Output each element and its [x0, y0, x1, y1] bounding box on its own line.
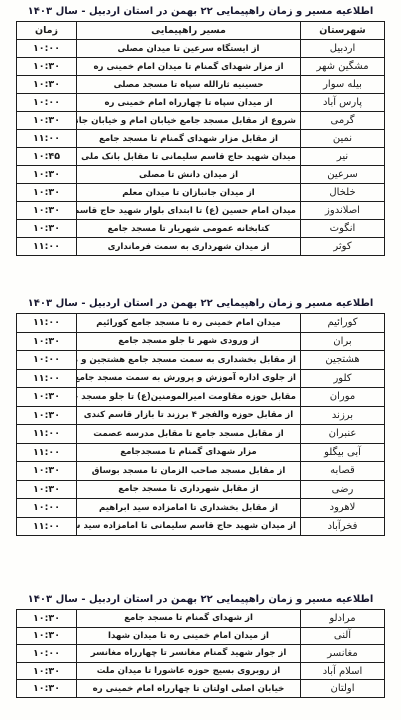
table-row: هشتجیناز مقابل بخشداری به سمت مسجد جامع … [17, 351, 385, 370]
time-cell: ۱۱:۰۰ [17, 314, 77, 333]
city-cell: نیر [301, 148, 385, 166]
route-cell: از جلوی اداره آموزش و پرورش به سمت مسجد … [77, 369, 301, 388]
time-cell: ۱۰:۰۰ [17, 40, 77, 58]
city-cell: اردبیل [301, 40, 385, 58]
route-cell: از مقابل مسجد جامع تا مقابل مدرسه عصمت [77, 425, 301, 444]
route-cell: از میدان شهید حاج قاسم سلیمانی تا امامزا… [77, 517, 301, 536]
table-row: مرادلواز شهدای گمنام تا مسجد جامع۱۰:۳۰ [17, 610, 385, 628]
time-cell: ۱۰:۳۰ [17, 462, 77, 481]
table-row: لاهروداز مقابل بخشداری تا امامزاده سید ا… [17, 499, 385, 518]
time-cell: ۱۰:۳۰ [17, 166, 77, 184]
time-cell: ۱۰:۳۰ [17, 184, 77, 202]
route-cell: از مزار شهدای گمنام تا میدان امام خمینی … [77, 58, 301, 76]
route-cell: خیابان اصلی اولتان تا چهارراه امام خمینی… [77, 680, 301, 698]
time-header: زمان [17, 22, 77, 40]
table-row: خلخالاز میدان جانبازان تا میدان معلم۱۰:۳… [17, 184, 385, 202]
table-row: مشگین شهراز مزار شهدای گمنام تا میدان ام… [17, 58, 385, 76]
city-cell: کوثر [301, 238, 385, 256]
table-row: پارس آباداز میدان سپاه تا چهارراه امام خ… [17, 94, 385, 112]
table-row: بیله سوارحسینیه ثارالله سپاه تا مسجد مصل… [17, 76, 385, 94]
city-cell: انگوت [301, 220, 385, 238]
table-row: کلوراز جلوی اداره آموزش و پرورش به سمت م… [17, 369, 385, 388]
march-schedule-table-1: شهرستانمسیر راهپیماییزماناردبیلاز ایستگا… [16, 21, 385, 256]
route-cell: شروع از مقابل مسجد جامع خیابان امام و خی… [77, 112, 301, 130]
city-cell: گرمی [301, 112, 385, 130]
city-cell: عنبران [301, 425, 385, 444]
time-cell: ۱۰:۳۰ [17, 112, 77, 130]
route-cell: از میدان امام خمینی ره تا میدان شهدا [77, 627, 301, 645]
time-cell: ۱۰:۳۰ [17, 610, 77, 628]
time-cell: ۱۰:۳۰ [17, 220, 77, 238]
route-cell: مقابل حوزه مقاومت امیرالمومنین(ع) تا جلو… [77, 388, 301, 407]
table-section-3: اطلاعیه مسیر و زمان راهپیمایی ۲۲ بهمن در… [0, 594, 401, 698]
time-cell: ۱۰:۳۰ [17, 58, 77, 76]
city-cell: کلور [301, 369, 385, 388]
table-title: اطلاعیه مسیر و زمان راهپیمایی ۲۲ بهمن در… [0, 298, 401, 310]
route-cell: از مقابل مزار شهدای گمنام تا مسجد جامع [77, 130, 301, 148]
table-row: اردبیلاز ایستگاه سرعین تا میدان مصلی۱۰:۰… [17, 40, 385, 58]
route-cell: میدان شهید حاج قاسم سلیمانی تا مقابل بان… [77, 148, 301, 166]
table-section-1: اطلاعیه مسیر و زمان راهپیمایی ۲۲ بهمن در… [0, 6, 401, 256]
time-cell: ۱۱:۰۰ [17, 369, 77, 388]
city-cell: کورائیم [301, 314, 385, 333]
route-header: مسیر راهپیمایی [77, 22, 301, 40]
city-cell: سرعین [301, 166, 385, 184]
table-row: مغانسراز جوار شهید گمنام مغانسر تا چهارر… [17, 645, 385, 663]
march-schedule-table-2: کورائیممیدان امام خمینی ره تا مسجد جامع … [16, 313, 385, 536]
route-cell: از ورودی شهر تا جلو مسجد جامع [77, 332, 301, 351]
time-cell: ۱۰:۳۰ [17, 662, 77, 680]
march-schedule-table-3: مرادلواز شهدای گمنام تا مسجد جامع۱۰:۳۰آل… [16, 609, 385, 698]
route-cell: مزار شهدای گمنام تا مسجدجامع [77, 443, 301, 462]
time-cell: ۱۰:۳۰ [17, 627, 77, 645]
route-cell: کتابخانه عمومی شهریار تا مسجد جامع [77, 220, 301, 238]
time-cell: ۱۰:۳۰ [17, 680, 77, 698]
city-cell: موران [301, 388, 385, 407]
table-title: اطلاعیه مسیر و زمان راهپیمایی ۲۲ بهمن در… [0, 594, 401, 606]
city-cell: رضی [301, 480, 385, 499]
table-row: اسلام آباداز روبروی بسیج حوزه عاشورا تا … [17, 662, 385, 680]
time-cell: ۱۱:۰۰ [17, 130, 77, 148]
table-row: آبی بیگلومزار شهدای گمنام تا مسجدجامع۱۱:… [17, 443, 385, 462]
city-cell: قصابه [301, 462, 385, 481]
table-row: نیرمیدان شهید حاج قاسم سلیمانی تا مقابل … [17, 148, 385, 166]
time-cell: ۱۰:۴۵ [17, 148, 77, 166]
route-cell: از جوار شهید گمنام مغانسر تا چهارراه مغا… [77, 645, 301, 663]
time-cell: ۱۰:۰۰ [17, 94, 77, 112]
route-cell: از روبروی بسیج حوزه عاشورا تا میدان ملت [77, 662, 301, 680]
route-cell: از میدان جانبازان تا میدان معلم [77, 184, 301, 202]
city-cell: خلخال [301, 184, 385, 202]
city-cell: نمین [301, 130, 385, 148]
time-cell: ۱۰:۳۰ [17, 406, 77, 425]
route-cell: از شهدای گمنام تا مسجد جامع [77, 610, 301, 628]
table-section-2: اطلاعیه مسیر و زمان راهپیمایی ۲۲ بهمن در… [0, 298, 401, 536]
table-row: رضیاز مقابل شهرداری تا مسجد جامع۱۰:۳۰ [17, 480, 385, 499]
route-cell: حسینیه ثارالله سپاه تا مسجد مصلی [77, 76, 301, 94]
time-cell: ۱۱:۰۰ [17, 443, 77, 462]
time-cell: ۱۰:۰۰ [17, 645, 77, 663]
city-cell: برزند [301, 406, 385, 425]
table-row: عنبراناز مقابل مسجد جامع تا مقابل مدرسه … [17, 425, 385, 444]
time-cell: ۱۰:۳۰ [17, 76, 77, 94]
city-cell: مغانسر [301, 645, 385, 663]
route-cell: از مقابل بخشداری تا امامزاده سید ابراهیم [77, 499, 301, 518]
time-cell: ۱۰:۰۰ [17, 499, 77, 518]
city-cell: مرادلو [301, 610, 385, 628]
route-cell: از مقابل بخشداری به سمت مسجد جامع هشتجین… [77, 351, 301, 370]
time-cell: ۱۰:۳۰ [17, 202, 77, 220]
route-cell: از مقابل مسجد صاحب الزمان تا مسجد بوساق [77, 462, 301, 481]
city-cell: بیله سوار [301, 76, 385, 94]
route-cell: از میدان سپاه تا چهارراه امام خمینی ره [77, 94, 301, 112]
table-row: براناز ورودی شهر تا جلو مسجد جامع۱۰:۳۰ [17, 332, 385, 351]
route-cell: از مقابل شهرداری تا مسجد جامع [77, 480, 301, 499]
city-cell: فخرآباد [301, 517, 385, 536]
city-cell: اسلام آباد [301, 662, 385, 680]
table-row: اولتانخیابان اصلی اولتان تا چهارراه امام… [17, 680, 385, 698]
table-row: گرمیشروع از مقابل مسجد جامع خیابان امام … [17, 112, 385, 130]
time-cell: ۱۰:۳۰ [17, 480, 77, 499]
city-cell: لاهرود [301, 499, 385, 518]
table-row: مورانمقابل حوزه مقاومت امیرالمومنین(ع) ت… [17, 388, 385, 407]
table-row: آلنیاز میدان امام خمینی ره تا میدان شهدا… [17, 627, 385, 645]
route-cell: از مقابل حوزه والفجر ۴ برزند تا بازار قا… [77, 406, 301, 425]
city-cell: بران [301, 332, 385, 351]
city-cell: اصلاندوز [301, 202, 385, 220]
time-cell: ۱۱:۰۰ [17, 238, 77, 256]
city-cell: هشتجین [301, 351, 385, 370]
table-row: فخرآباداز میدان شهید حاج قاسم سلیمانی تا… [17, 517, 385, 536]
time-cell: ۱۱:۰۰ [17, 425, 77, 444]
city-cell: اولتان [301, 680, 385, 698]
route-cell: میدان امام خمینی ره تا مسجد جامع کورائیم [77, 314, 301, 333]
header-row: شهرستانمسیر راهپیماییزمان [17, 22, 385, 40]
table-row: برزنداز مقابل حوزه والفجر ۴ برزند تا باز… [17, 406, 385, 425]
time-cell: ۱۰:۳۰ [17, 332, 77, 351]
time-cell: ۱۱:۰۰ [17, 517, 77, 536]
document-page: اطلاعیه مسیر و زمان راهپیمایی ۲۲ بهمن در… [0, 0, 401, 720]
city-cell: آلنی [301, 627, 385, 645]
time-cell: ۱۰:۰۰ [17, 351, 77, 370]
table-row: کورائیممیدان امام خمینی ره تا مسجد جامع … [17, 314, 385, 333]
route-cell: از ایستگاه سرعین تا میدان مصلی [77, 40, 301, 58]
table-row: قصابهاز مقابل مسجد صاحب الزمان تا مسجد ب… [17, 462, 385, 481]
table-row: انگوتکتابخانه عمومی شهریار تا مسجد جامع۱… [17, 220, 385, 238]
table-row: کوثراز میدان شهرداری به سمت فرمانداری۱۱:… [17, 238, 385, 256]
route-cell: از میدان شهرداری به سمت فرمانداری [77, 238, 301, 256]
table-row: سرعیناز میدان دانش تا مصلی۱۰:۳۰ [17, 166, 385, 184]
table-row: اصلاندوزمیدان امام حسین (ع) تا ابتدای بل… [17, 202, 385, 220]
table-row: نمیناز مقابل مزار شهدای گمنام تا مسجد جا… [17, 130, 385, 148]
route-cell: میدان امام حسین (ع) تا ابتدای بلوار شهید… [77, 202, 301, 220]
time-cell: ۱۰:۳۰ [17, 388, 77, 407]
city-cell: مشگین شهر [301, 58, 385, 76]
city-cell: پارس آباد [301, 94, 385, 112]
city-cell: آبی بیگلو [301, 443, 385, 462]
city-header: شهرستان [301, 22, 385, 40]
route-cell: از میدان دانش تا مصلی [77, 166, 301, 184]
table-title: اطلاعیه مسیر و زمان راهپیمایی ۲۲ بهمن در… [0, 6, 401, 18]
